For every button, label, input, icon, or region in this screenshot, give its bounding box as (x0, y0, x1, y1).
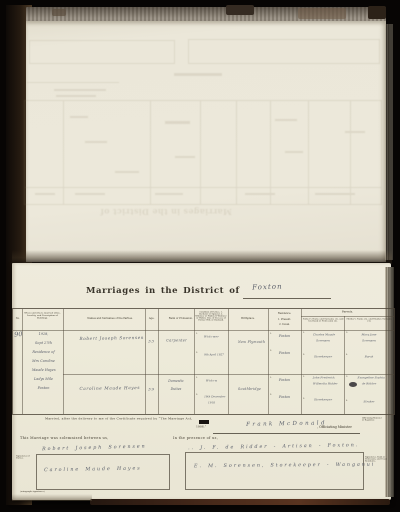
printed-mark-1: 1. (270, 376, 272, 378)
bride-rank-line2: Duties (167, 387, 185, 391)
header-no: No. (16, 317, 19, 320)
witnesses-signature-box (185, 452, 364, 490)
printed-mark-1: 1. (270, 332, 272, 334)
binding-mark-3 (52, 9, 66, 16)
binding-mark-1 (226, 5, 254, 15)
bride-mother-maiden: Straker (357, 400, 380, 403)
bride-condition-date-line2: 1918 (204, 401, 219, 404)
officiant-signature-line (213, 433, 360, 434)
when-where-cell: 1928, Sept 27th Residence of Mrs Carolin… (23, 332, 64, 393)
when-where-line: Sept 27th (32, 341, 55, 345)
header-rank: Rank or Profession. (169, 317, 183, 320)
header-when-where: When and where married (Date, Locality, … (23, 312, 62, 319)
showthrough-rule (27, 82, 119, 83)
groom-residence-present: Foxton (276, 334, 293, 338)
header-residence-present: 1. Present. (278, 318, 291, 321)
table-line (13, 330, 394, 331)
groom-rank: Carpenter (166, 338, 186, 342)
table-line (228, 309, 229, 414)
printed-mark-2: 2. (303, 353, 305, 355)
showthrough-text-bar (54, 89, 106, 91)
when-where-line: 1928, (32, 332, 55, 336)
bride-father-name-line2: Willmotts Ridder (313, 382, 333, 385)
header-birthplace: Birthplace. (240, 317, 256, 320)
groom-condition-date: 9th April 1927 (204, 353, 219, 356)
header-father: Father's Name and Surname (1), and his R… (302, 318, 344, 323)
solemnized-label: This Marriage was solemnized between us, (20, 436, 109, 440)
witnesses-box-margin-note: Signatures, Rank or Profession, and Usua… (365, 456, 393, 462)
binding-mark-2 (298, 8, 346, 19)
bride-name: Caroline Maude Hayes (79, 386, 128, 392)
when-where-line: Mrs Caroline (32, 359, 55, 363)
header-parents: Parents. (327, 310, 369, 313)
groom-age: 33 (148, 339, 155, 343)
title-rule (243, 298, 331, 299)
groom-condition: Widower (203, 335, 220, 339)
when-where-line: Ladys Mile (32, 377, 55, 381)
entry-number: 90 (14, 330, 23, 338)
bride-condition-date-line1: 19th December (204, 395, 219, 398)
bride-age: 39 (148, 387, 155, 391)
showthrough-text-bar (174, 73, 222, 76)
printed-mark-3: 3. (346, 375, 348, 377)
printed-mark-1: 1. (196, 376, 198, 378)
header-mother: Mother's Name (3), and Maiden Surname (4… (345, 318, 394, 323)
district-handwritten: Foxton (252, 283, 283, 292)
binding-mark-4 (368, 6, 386, 19)
groom-mother-maiden: Burch (357, 355, 380, 358)
certification-statement: Married, after the delivery to me of the… (45, 417, 193, 421)
redaction-block (199, 420, 209, 424)
officiant-margin-note: Officiating Minister or Registrar. (362, 417, 384, 421)
bride-residence-present: Foxton (276, 378, 293, 382)
table-line (145, 309, 146, 414)
groom-father-name-line2: Sorensen (313, 339, 333, 342)
header-residence: Residence. (278, 312, 291, 315)
page-fold-shadow (12, 250, 392, 264)
presence-label: In the presence of us, (173, 436, 218, 440)
bottom-margin-note: (autograph signatures) (20, 490, 45, 492)
ink-blot (349, 382, 357, 387)
printed-mark-2: 2. (303, 397, 305, 399)
groom-mother-name-line2: Sorensen (357, 339, 380, 342)
when-where-line: Residence of (32, 350, 55, 354)
table-line (63, 374, 394, 375)
bride-residence-usual: Foxton (276, 395, 293, 399)
printed-mark-2: 2. (196, 393, 198, 395)
showthrough-table (24, 100, 382, 205)
bride-condition: Widow (203, 379, 220, 383)
officiant-title: , Officiating Minister (317, 425, 352, 429)
printed-mark-3: 3. (346, 331, 348, 333)
printed-mark-4: 4. (346, 399, 348, 401)
register-table: No. When and where married (Date, Locali… (12, 308, 395, 415)
bottom-cover-edge (90, 499, 390, 505)
when-where-line: Foxton (32, 386, 55, 390)
groom-name: Robert Joseph Sorensen (79, 336, 128, 342)
groom-father-name-line1: Charles Maude (313, 333, 333, 336)
when-where-line: Maude Hayes (32, 368, 55, 372)
showthrough-box-left (29, 40, 175, 64)
showthrough-box-right (188, 39, 380, 64)
bride-birthplace: Southbridge (238, 387, 258, 391)
header-condition: Condition of Parties. 1. Bachelor or Spi… (195, 311, 227, 321)
certification-year: 1908.” (196, 425, 206, 429)
register-photo: Marriages in the District of Marriages i… (0, 0, 400, 512)
bride-father-name-line1: John Frederick (313, 376, 333, 379)
table-line (301, 309, 302, 414)
bride-mother-name-line2: de Ridder (357, 382, 380, 385)
bottom-left-shade (12, 494, 92, 501)
printed-mark-2: 2. (270, 393, 272, 395)
showthrough-text-bar (56, 95, 96, 97)
groom-residence-usual: Foxton (276, 351, 293, 355)
right-page-edges-top (385, 24, 393, 260)
page-title: Marriages in the District of (86, 286, 240, 296)
table-line (194, 309, 195, 414)
groom-father-rank: Storekeeper (313, 355, 333, 358)
groom-mother-name-line1: Mary Jane (357, 333, 380, 336)
parties-box-margin-note: Signatures of Parties. (16, 455, 33, 459)
printed-mark-4: 4. (346, 353, 348, 355)
table-line (158, 309, 159, 414)
printed-mark-1: 1. (303, 331, 305, 333)
bride-rank-line1: Domestic (167, 379, 185, 383)
printed-mark-1: 1. (196, 332, 198, 334)
header-age: Age. (149, 317, 154, 320)
bride-father-rank: Storekeeper (313, 398, 333, 401)
printed-mark-2: 2. (196, 351, 198, 353)
showthrough-mirrored-title: Marriages in the District of (86, 207, 246, 217)
printed-mark-2: 2. (270, 349, 272, 351)
bride-mother-name-line1: Evangeline Sophia (357, 376, 380, 379)
groom-birthplace: New Plymouth (238, 340, 258, 344)
table-line (268, 309, 269, 414)
printed-mark-1: 1. (303, 375, 305, 377)
header-names: Names and Surnames of the Parties. (87, 317, 121, 320)
header-residence-usual: 2. Usual. (278, 323, 291, 326)
verso-showthrough: Marriages in the District of (26, 21, 386, 262)
